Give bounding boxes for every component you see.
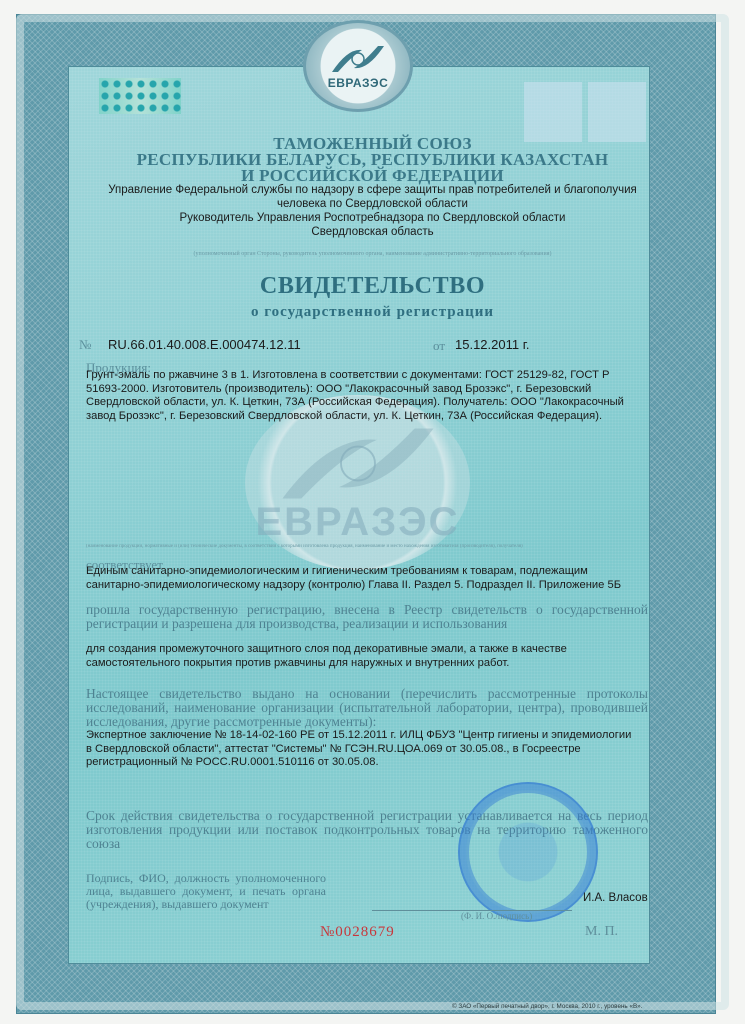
basis-label: Настоящее свидетельство выдано на основа… [86, 687, 648, 729]
official-seal [458, 782, 598, 922]
serial-number: №0028679 [320, 924, 395, 941]
authority-line-3: Руководитель Управления Роспотребнадзора… [100, 211, 645, 225]
signatory-name: И.А. Власов [583, 892, 648, 904]
security-panel-left [524, 82, 582, 142]
date-label: от [433, 338, 445, 354]
watermark-logo-icon [273, 421, 443, 506]
certificate-number: RU.66.01.40.008.E.000474.12.11 [108, 337, 301, 352]
seal-label: М. П. [585, 924, 618, 940]
printer-footer: © ЗАО «Первый печатный двор», г. Москва,… [452, 1003, 642, 1010]
watermark-label: ЕВРАЗЭС [255, 500, 459, 545]
basis-text: Экспертное заключение № 18-14-02-160 РЕ … [86, 729, 656, 770]
hologram-icon [99, 78, 181, 114]
authority-line-2: человека по Свердловской области [100, 197, 645, 211]
product-hint: (наименование продукции, нормативные и (… [86, 544, 666, 549]
conforms-text: Единым санитарно-эпидемиологическим и ги… [86, 565, 656, 592]
security-panel-right [588, 82, 646, 142]
emblem-label: ЕВРАЗЭС [328, 76, 389, 90]
certificate-subtitle: о государственной регистрации [100, 304, 645, 321]
number-label: № [79, 337, 91, 353]
signature-hint: (Ф. И. О./подпись) [461, 911, 532, 921]
usage-text: для создания промежуточного защитного сл… [86, 643, 656, 670]
evrazes-emblem: ЕВРАЗЭС [303, 20, 413, 112]
registered-text: прошла государственную регистрацию, внес… [86, 603, 648, 631]
certificate-title: СВИДЕТЕЛЬСТВО [100, 273, 645, 300]
evrazes-logo-icon [328, 42, 388, 76]
authority-hint: (уполномоченный орган Стороны, руководит… [100, 251, 645, 257]
authority-line-1: Управление Федеральной службы по надзору… [100, 183, 645, 197]
product-text: Грунт-эмаль по ржавчине 3 в 1. Изготовле… [86, 369, 656, 423]
signature-label: Подпись, ФИО, должность уполномоченного … [86, 872, 326, 911]
authority-line-4: Свердловская область [100, 225, 645, 239]
certificate-date: 15.12.2011 г. [455, 337, 529, 352]
